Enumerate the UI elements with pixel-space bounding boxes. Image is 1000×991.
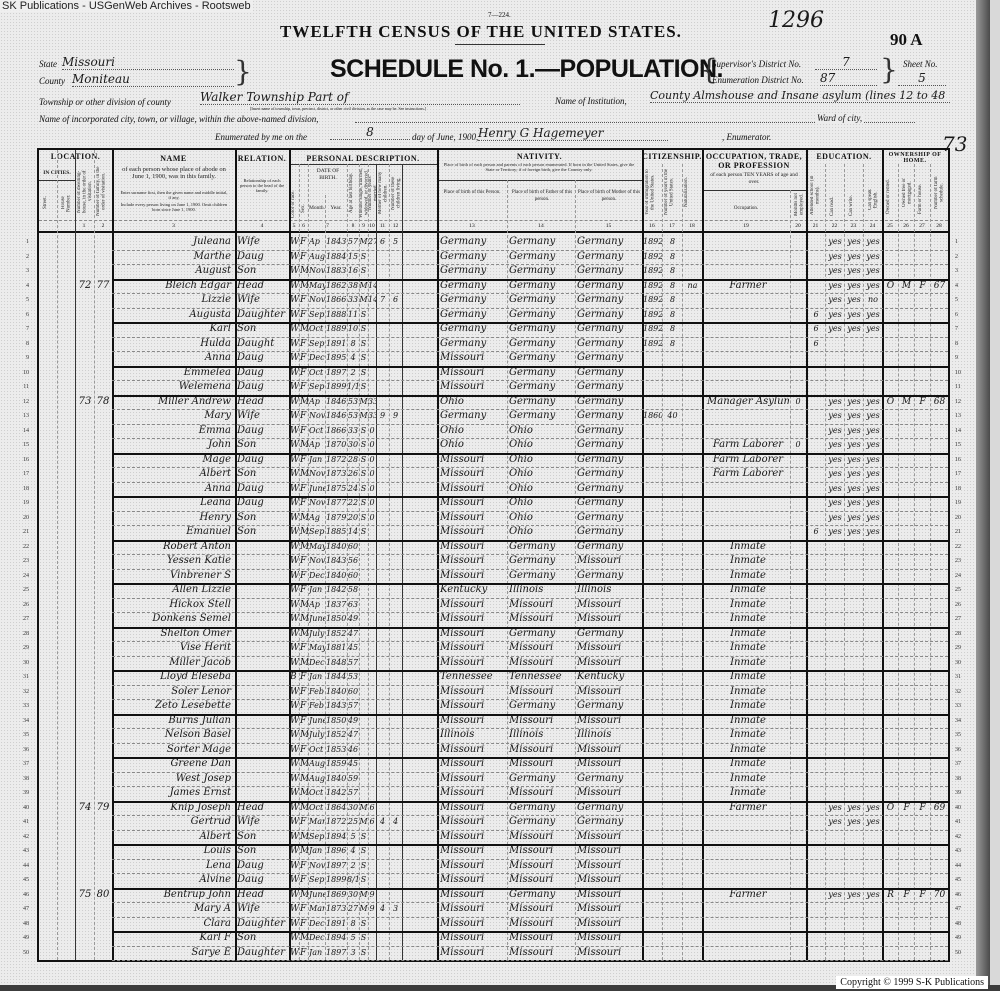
free-mortgaged (899, 380, 914, 395)
can-speak-english (864, 714, 882, 729)
age: 2 (347, 859, 359, 874)
color: W (290, 554, 299, 569)
sex: M (300, 612, 308, 627)
months-unemployed (790, 627, 806, 642)
age: 49 (347, 714, 359, 729)
years-in-us (663, 598, 682, 613)
color: W (290, 699, 299, 714)
header-month: Month. (309, 205, 325, 212)
mother-birthplace: Germany (577, 467, 641, 482)
occupation: Inmate (707, 728, 789, 743)
birth-month: Sep (309, 308, 325, 323)
occupation: Farm Laborer (707, 453, 789, 468)
age: 47 (347, 728, 359, 743)
can-speak-english (864, 583, 882, 598)
birth-year: 1894 (326, 830, 347, 845)
farm-schedule-number (931, 612, 948, 627)
marital-status (359, 786, 368, 801)
birth-month: Nov (309, 496, 325, 511)
mother-of (376, 540, 389, 555)
color: W (290, 902, 299, 917)
farm-schedule-number (931, 409, 948, 424)
family-number (95, 902, 111, 917)
birth-month: Jan (309, 844, 325, 859)
can-write (845, 946, 863, 961)
owned-rented (883, 337, 898, 352)
farm-schedule-number (931, 453, 948, 468)
farm-house (915, 540, 930, 555)
dwelling-number (77, 409, 93, 424)
marital-status (359, 540, 368, 555)
relation: Son (237, 844, 288, 859)
school-months (807, 467, 825, 482)
mother-birthplace: Germany (577, 279, 641, 294)
mother-birthplace: Missouri (577, 656, 641, 671)
can-write (845, 931, 863, 946)
relation (237, 540, 288, 555)
occupation (707, 322, 789, 337)
header-naturalization: Naturalization. (684, 166, 690, 218)
line-number-left: 45 (9, 873, 29, 888)
free-mortgaged (899, 859, 914, 874)
line-number-right: 49 (955, 931, 975, 946)
can-speak-english (864, 569, 882, 584)
immigration-year (643, 728, 662, 743)
years-in-us (663, 395, 682, 410)
school-months (807, 438, 825, 453)
birthplace: Missouri (440, 772, 506, 787)
age: 5 (347, 931, 359, 946)
marital-status: S (359, 844, 368, 859)
years-married (368, 931, 376, 946)
header-sex: Sex. (301, 200, 307, 218)
can-read (826, 670, 844, 685)
marital-status: S (359, 380, 368, 395)
children-living: 9 (389, 409, 402, 424)
color: W (290, 322, 299, 337)
color: W (290, 917, 299, 932)
family-number (95, 656, 111, 671)
person-name: Leana (117, 496, 233, 511)
mother-birthplace: Missouri (577, 917, 641, 932)
can-write: yes (845, 293, 863, 308)
birth-month: June (309, 714, 325, 729)
months-unemployed (790, 554, 806, 569)
years-in-us (663, 859, 682, 874)
month-year-label: day of June, 1900, (412, 132, 478, 142)
mother-of (376, 366, 389, 381)
naturalization (683, 844, 702, 859)
children-living: 6 (389, 293, 402, 308)
can-read: yes (826, 888, 844, 903)
mother-birthplace: Germany (577, 264, 641, 279)
family-number (95, 714, 111, 729)
mother-birthplace: Germany (577, 380, 641, 395)
years-in-us (663, 714, 682, 729)
occupation: Inmate (707, 757, 789, 772)
years-in-us (663, 366, 682, 381)
line-number-right: 5 (955, 293, 975, 308)
years-married (368, 786, 376, 801)
father-birthplace: Missouri (509, 656, 574, 671)
table-row: 3 August Son W M Nov 1883 16 S Germany G… (39, 264, 948, 279)
age: 58 (347, 583, 359, 598)
col-num: 21 (806, 223, 825, 229)
farm-house (915, 366, 930, 381)
can-speak-english: yes (864, 888, 882, 903)
marital-status (359, 772, 368, 787)
table-row: 27 Donkens Semel W M June 1850 49 Missou… (39, 612, 948, 627)
months-unemployed (790, 453, 806, 468)
mother-of (376, 859, 389, 874)
months-unemployed (790, 786, 806, 801)
line-number-left: 27 (9, 612, 29, 627)
header-ownership: OWNERSHIP OF HOME. (882, 152, 948, 164)
mother-birthplace: Missouri (577, 786, 641, 801)
family-number (95, 409, 111, 424)
farm-house (915, 830, 930, 845)
relation (237, 699, 288, 714)
school-months: 6 (807, 525, 825, 540)
can-write (845, 902, 863, 917)
line-number-right: 14 (955, 424, 975, 439)
can-write: yes (845, 250, 863, 265)
mother-birthplace: Germany (577, 699, 641, 714)
birthplace: Missouri (440, 366, 506, 381)
occupation (707, 931, 789, 946)
free-mortgaged (899, 366, 914, 381)
birth-year: 1840 (326, 569, 347, 584)
owned-rented: O (883, 395, 898, 410)
age: 63 (347, 598, 359, 613)
mother-of (376, 772, 389, 787)
can-write: yes (845, 453, 863, 468)
line-number-left: 29 (9, 641, 29, 656)
age: 38 (347, 279, 359, 294)
immigration-year: 1892 (643, 264, 662, 279)
color: W (290, 743, 299, 758)
birth-month: Oct (309, 786, 325, 801)
line-number-right: 10 (955, 366, 975, 381)
farm-house (915, 931, 930, 946)
marital-status (359, 612, 368, 627)
years-in-us (663, 699, 682, 714)
can-write (845, 699, 863, 714)
years-married (368, 830, 376, 845)
family-number (95, 235, 111, 250)
farm-schedule-number (931, 250, 948, 265)
birth-year: 1853 (326, 743, 347, 758)
mother-of (376, 279, 389, 294)
dwelling-number: 72 (77, 279, 93, 294)
immigration-year (643, 786, 662, 801)
color: W (290, 511, 299, 526)
can-write: yes (845, 888, 863, 903)
school-months (807, 583, 825, 598)
farm-house (915, 757, 930, 772)
can-write: yes (845, 438, 863, 453)
months-unemployed (790, 931, 806, 946)
can-speak-english: yes (864, 467, 882, 482)
birth-year: 1843 (326, 699, 347, 714)
marital-status (359, 743, 368, 758)
children-living (389, 757, 402, 772)
can-write (845, 757, 863, 772)
years-in-us: 8 (663, 322, 682, 337)
birth-year: 1889 (326, 322, 347, 337)
immigration-year (643, 511, 662, 526)
table-row: 8 Hulda Daught W F Sep 1891 8 S Germany … (39, 337, 948, 352)
dwelling-number (77, 525, 93, 540)
mother-birthplace: Missouri (577, 931, 641, 946)
family-number (95, 337, 111, 352)
header-free-mortgaged: Owned free or mortgaged. (902, 168, 913, 218)
father-birthplace: Missouri (509, 830, 574, 845)
can-read: yes (826, 815, 844, 830)
farm-house (915, 685, 930, 700)
mother-of (376, 569, 389, 584)
school-months (807, 685, 825, 700)
can-read (826, 685, 844, 700)
mother-birthplace: Germany (577, 453, 641, 468)
person-name: Yessen Katie (117, 554, 233, 569)
children-living (389, 380, 402, 395)
schedule-title: SCHEDULE No. 1.—POPULATION. (330, 55, 723, 84)
years-married: 0 (368, 496, 376, 511)
children-living (389, 540, 402, 555)
header-owned-rented: Owned or rented. (886, 176, 892, 218)
relation (237, 772, 288, 787)
person-name: Mary (117, 409, 233, 424)
color: W (290, 830, 299, 845)
years-in-us (663, 351, 682, 366)
can-write: yes (845, 235, 863, 250)
line-number-right: 28 (955, 627, 975, 642)
occupation (707, 859, 789, 874)
children-living (389, 337, 402, 352)
family-number (95, 728, 111, 743)
can-read (826, 917, 844, 932)
county-value: Moniteau (72, 72, 234, 87)
line-number-left: 17 (9, 467, 29, 482)
free-mortgaged (899, 264, 914, 279)
mother-birthplace: Germany (577, 235, 641, 250)
relation (237, 670, 288, 685)
farm-schedule-number (931, 569, 948, 584)
father-birthplace: Missouri (509, 902, 574, 917)
mother-birthplace: Germany (577, 409, 641, 424)
line-number-right: 6 (955, 308, 975, 323)
farm-house: F (915, 279, 930, 294)
father-birthplace: Germany (509, 888, 574, 903)
occupation: Inmate (707, 569, 789, 584)
children-living (389, 801, 402, 816)
months-unemployed (790, 482, 806, 497)
person-name: Zeto Lesebette (117, 699, 233, 714)
color: W (290, 583, 299, 598)
farm-house (915, 308, 930, 323)
birth-month: Ag (309, 511, 325, 526)
can-speak-english (864, 743, 882, 758)
farm-schedule-number (931, 641, 948, 656)
sex: M (300, 322, 308, 337)
table-row: 5 Lizzie Wife W F Nov 1866 33 M 14 7 6 G… (39, 293, 948, 308)
mother-of (376, 525, 389, 540)
mother-birthplace: Germany (577, 351, 641, 366)
sex: M (300, 598, 308, 613)
age: 14 (347, 525, 359, 540)
years-married (368, 627, 376, 642)
children-living (389, 264, 402, 279)
can-speak-english: yes (864, 496, 882, 511)
farm-house (915, 641, 930, 656)
can-speak-english (864, 873, 882, 888)
age: 30 (347, 888, 359, 903)
mother-of: 9 (376, 409, 389, 424)
father-birthplace: Germany (509, 322, 574, 337)
farm-house (915, 482, 930, 497)
school-months (807, 757, 825, 772)
line-number-left: 28 (9, 627, 29, 642)
farm-schedule-number (931, 699, 948, 714)
owned-rented (883, 931, 898, 946)
years-married: 33 (368, 409, 376, 424)
relation: Wife (237, 293, 288, 308)
sex: F (300, 743, 308, 758)
dwelling-number: 75 (77, 888, 93, 903)
children-living (389, 830, 402, 845)
free-mortgaged (899, 308, 914, 323)
can-read: yes (826, 279, 844, 294)
can-read (826, 728, 844, 743)
person-name: Robert Anton (117, 540, 233, 555)
birthplace: Ohio (440, 424, 506, 439)
children-living (389, 467, 402, 482)
col-num: 22 (825, 223, 844, 229)
can-read: yes (826, 322, 844, 337)
birthplace: Kentucky (440, 583, 506, 598)
dwelling-number (77, 482, 93, 497)
free-mortgaged (899, 757, 914, 772)
mother-birthplace: Missouri (577, 757, 641, 772)
immigration-year (643, 946, 662, 961)
farm-schedule-number (931, 772, 948, 787)
can-speak-english (864, 337, 882, 352)
line-number-right: 21 (955, 525, 975, 540)
header-citizenship: CITIZENSHIP. (642, 152, 702, 161)
header-nativity: NATIVITY. (437, 152, 642, 161)
col-num: 8 (347, 223, 359, 229)
color: W (290, 598, 299, 613)
can-read: yes (826, 235, 844, 250)
naturalization (683, 453, 702, 468)
dwelling-number (77, 946, 93, 961)
relation: Daug (237, 482, 288, 497)
color: W (290, 540, 299, 555)
can-write (845, 540, 863, 555)
owned-rented: R (883, 888, 898, 903)
enumerator-name: Henry G Hagemeyer (478, 126, 668, 141)
farm-schedule-number (931, 728, 948, 743)
family-number (95, 627, 111, 642)
dwelling-number (77, 569, 93, 584)
header-can-read: Can read. (830, 194, 836, 218)
line-number-right: 47 (955, 902, 975, 917)
line-number-left: 9 (9, 351, 29, 366)
years-married (368, 322, 376, 337)
mother-of: 4 (376, 902, 389, 917)
header-birth-father: Place of birth of Father of this person. (509, 190, 575, 203)
years-married: 14 (368, 293, 376, 308)
dwelling-number: 73 (77, 395, 93, 410)
father-birthplace: Germany (509, 366, 574, 381)
mother-birthplace: Missouri (577, 612, 641, 627)
school-months (807, 496, 825, 511)
owned-rented (883, 743, 898, 758)
months-unemployed (790, 670, 806, 685)
dwelling-number (77, 641, 93, 656)
relation: Son (237, 322, 288, 337)
free-mortgaged (899, 786, 914, 801)
years-in-us: 40 (663, 409, 682, 424)
years-in-us (663, 496, 682, 511)
age: 26 (347, 467, 359, 482)
months-unemployed: 0 (790, 438, 806, 453)
farm-schedule-number (931, 540, 948, 555)
dwelling-number (77, 366, 93, 381)
occupation: Farmer (707, 801, 789, 816)
can-write (845, 366, 863, 381)
free-mortgaged (899, 467, 914, 482)
occupation: Inmate (707, 670, 789, 685)
immigration-year: 1892 (643, 308, 662, 323)
father-birthplace: Germany (509, 772, 574, 787)
can-write (845, 583, 863, 598)
dwelling-number (77, 235, 93, 250)
color: W (290, 409, 299, 424)
table-row: 43 Louis Son W M Jan 1896 4 S Missouri M… (39, 844, 948, 859)
immigration-year (643, 772, 662, 787)
color: W (290, 482, 299, 497)
header-can-write: Can write. (849, 194, 855, 218)
line-number-right: 27 (955, 612, 975, 627)
dwelling-number (77, 250, 93, 265)
months-unemployed (790, 801, 806, 816)
birth-year: 1840 (326, 540, 347, 555)
can-write (845, 873, 863, 888)
farm-schedule-number (931, 293, 948, 308)
line-number-right: 13 (955, 409, 975, 424)
school-months (807, 612, 825, 627)
birth-month: June (309, 482, 325, 497)
birth-year: 1897 (326, 946, 347, 961)
person-name: Allen Lizzie (117, 583, 233, 598)
table-row: 13 Mary Wife W F Nov 1846 53 M 33 9 9 Ge… (39, 409, 948, 424)
col-num: 12 (389, 223, 402, 229)
col-num: 28 (930, 223, 948, 229)
line-number-right: 38 (955, 772, 975, 787)
line-number-right: 25 (955, 583, 975, 598)
occupation (707, 902, 789, 917)
family-number (95, 772, 111, 787)
children-living (389, 888, 402, 903)
birth-month: Dec (309, 931, 325, 946)
sex: M (300, 438, 308, 453)
naturalization (683, 496, 702, 511)
sex: F (300, 337, 308, 352)
person-name: Greene Dan (117, 757, 233, 772)
naturalization (683, 612, 702, 627)
